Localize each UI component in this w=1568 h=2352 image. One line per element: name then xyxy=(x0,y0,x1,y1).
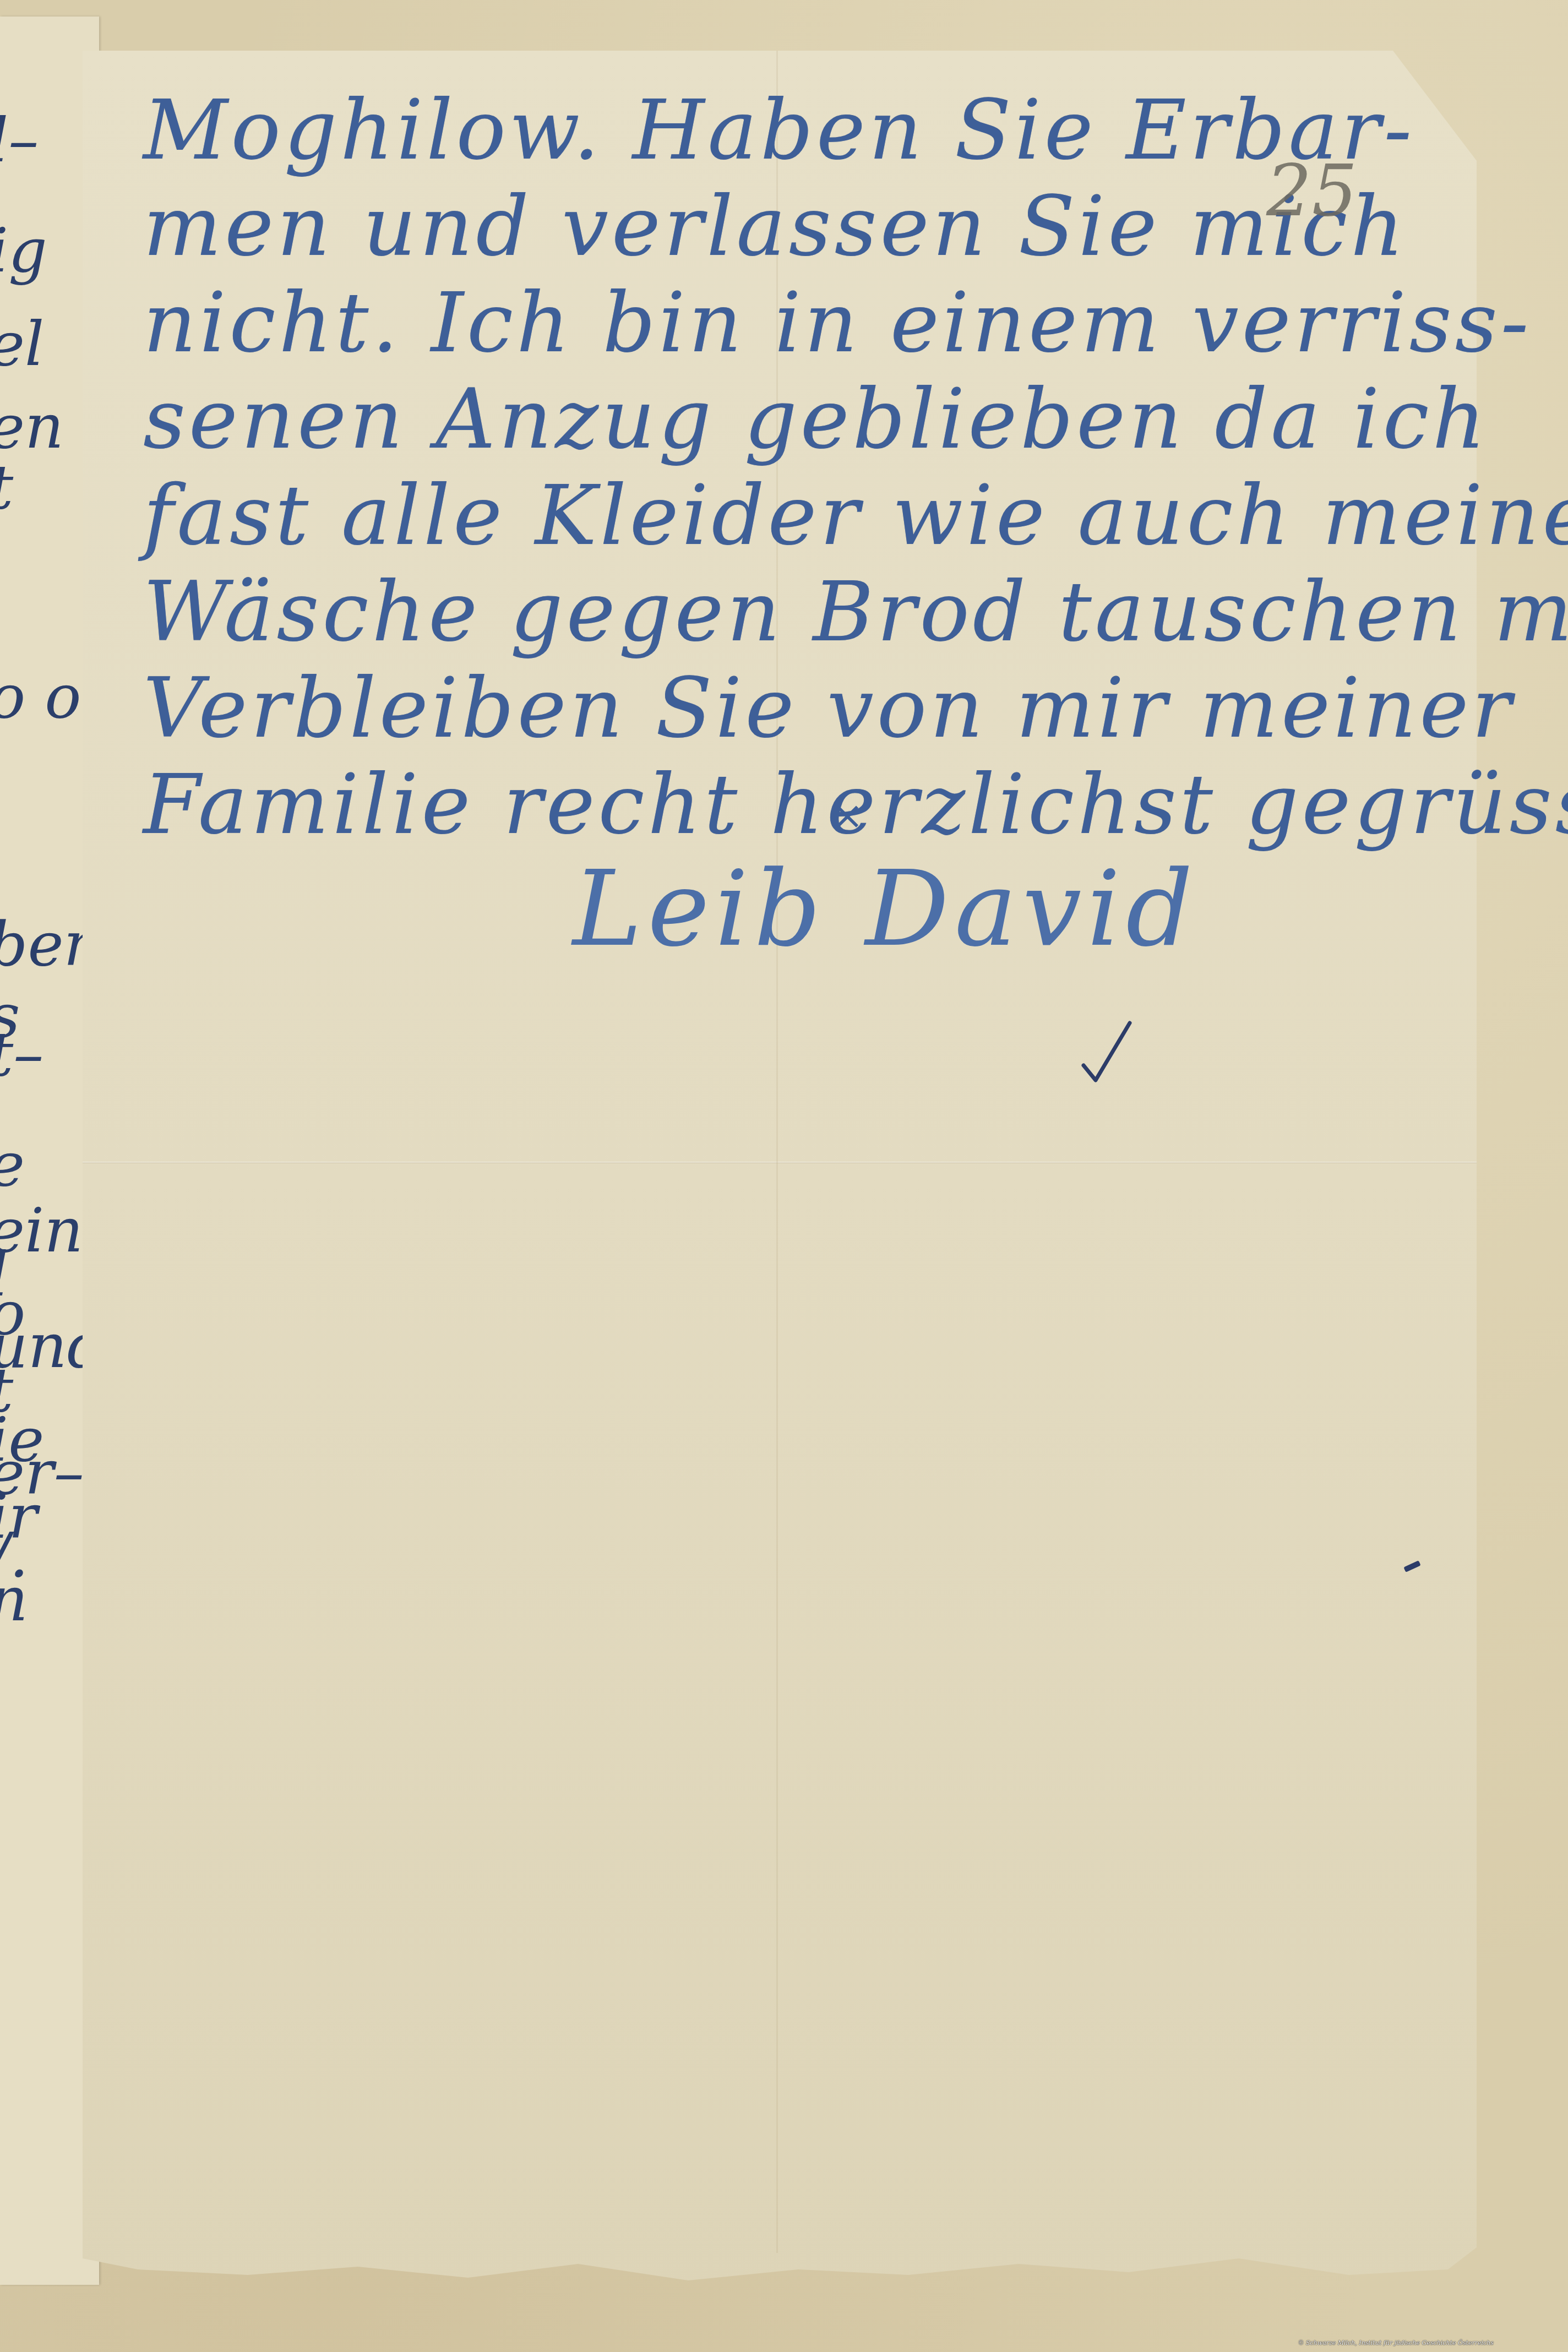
letter-line-5: fast alle Kleider wie auch meine xyxy=(143,468,1476,564)
letter-line-7: Verbleiben Sie von mir meiner xyxy=(143,661,1476,757)
pencil-page-number: 25 xyxy=(1266,149,1357,232)
letter-line-6: Wäsche gegen Brod tauschen musste. xyxy=(143,564,1476,661)
insertion-mark-icon: × xyxy=(831,793,864,838)
letter-line-8: Familie recht herzlichst gegrüsst xyxy=(143,757,1476,853)
letter-line-4: senen Anzug geblieben da ich xyxy=(143,372,1476,468)
horizontal-fold-line xyxy=(83,1162,1477,1163)
check-mark-icon xyxy=(1079,1019,1134,1085)
copyright-notice: © Schwarze Milch, Institut für jüdische … xyxy=(1298,2339,1494,2346)
letter-line-3: nicht. Ich bin in einem verriss- xyxy=(143,275,1476,372)
signature: Leib David xyxy=(573,848,1199,970)
